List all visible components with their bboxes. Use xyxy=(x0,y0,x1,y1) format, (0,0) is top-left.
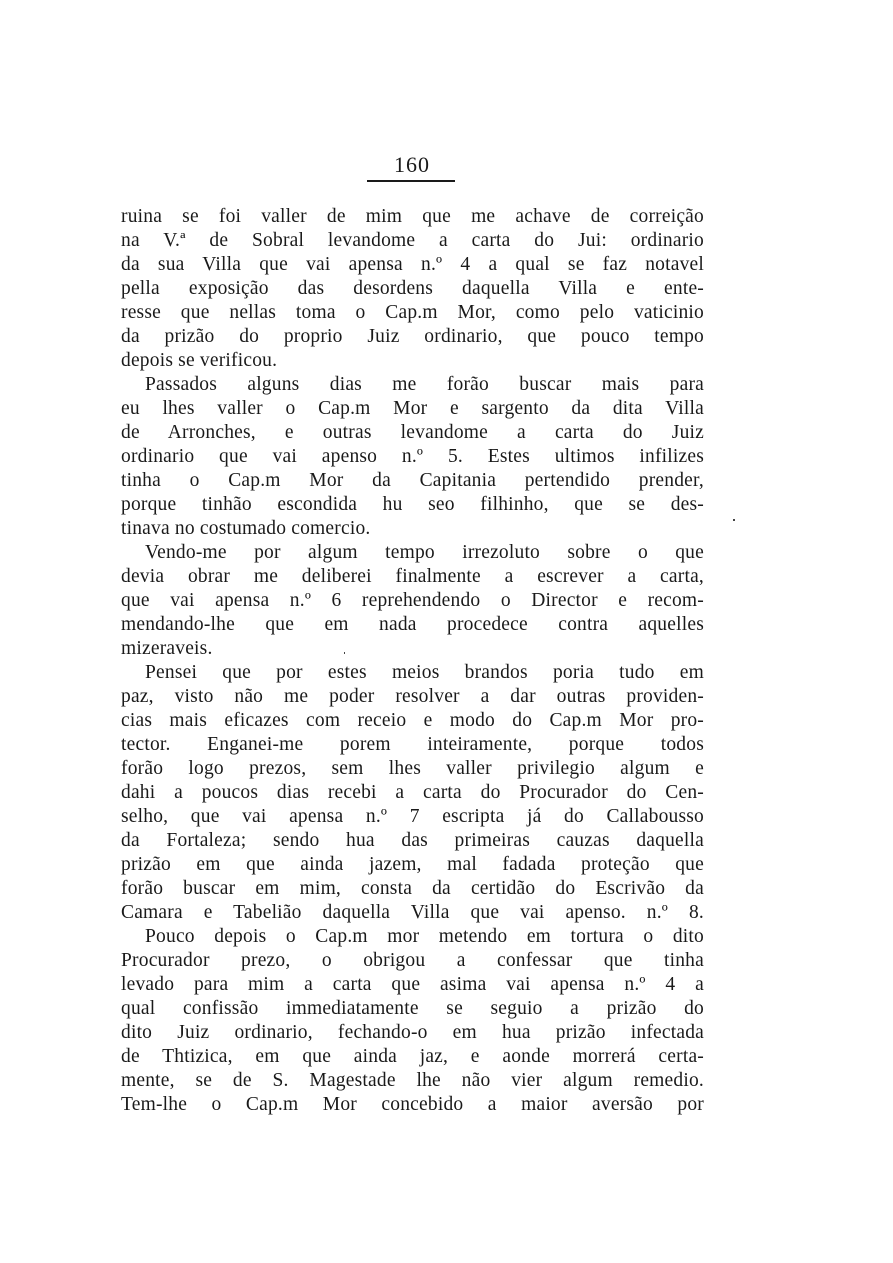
text-line: mendando-lhe que em nada procedece contr… xyxy=(121,613,704,637)
page-number: 160 xyxy=(367,152,457,178)
text-line: qual confissão immediatamente se seguio … xyxy=(121,997,704,1021)
text-line: Procurador prezo, o obrigou a confessar … xyxy=(121,949,704,973)
text-line: da prizão do proprio Juiz ordinario, que… xyxy=(121,325,704,349)
text-line: devia obrar me deliberei finalmente a es… xyxy=(121,565,704,589)
text-line: da sua Villa que vai apensa n.º 4 a qual… xyxy=(121,253,704,277)
paragraph-5: Pouco depois o Cap.m mor metendo em tort… xyxy=(121,925,704,1117)
text-line: ruina se foi valler de mim que me achave… xyxy=(121,205,704,229)
text-line: na V.ª de Sobral levandome a carta do Ju… xyxy=(121,229,704,253)
paragraph-3: Vendo-me por algum tempo irrezoluto sobr… xyxy=(121,541,704,661)
text-line: prizão em que ainda jazem, mal fadada pr… xyxy=(121,853,704,877)
text-line: de Arronches, e outras levandome a carta… xyxy=(121,421,704,445)
text-line: eu lhes valler o Cap.m Mor e sargento da… xyxy=(121,397,704,421)
paragraph-2: Passados alguns dias me forão buscar mai… xyxy=(121,373,704,541)
text-line: cias mais eficazes com receio e modo do … xyxy=(121,709,704,733)
text-line: selho, que vai apensa n.º 7 escripta já … xyxy=(121,805,704,829)
text-line: que vai apensa n.º 6 reprehendendo o Dir… xyxy=(121,589,704,613)
paragraph-1: ruina se foi valler de mim que me achave… xyxy=(121,205,704,373)
text-line: da Fortaleza; sendo hua das primeiras ca… xyxy=(121,829,704,853)
text-line: forão logo prezos, sem lhes valler privi… xyxy=(121,757,704,781)
text-line: Pensei que por estes meios brandos poria… xyxy=(121,661,704,685)
page-number-rule xyxy=(367,180,455,182)
text-line: mente, se de S. Magestade lhe não vier a… xyxy=(121,1069,704,1093)
text-line: tector. Enganei-me porem inteiramente, p… xyxy=(121,733,704,757)
text-line: Passados alguns dias me forão buscar mai… xyxy=(121,373,704,397)
text-line: levado para mim a carta que asima vai ap… xyxy=(121,973,704,997)
text-line: Vendo-me por algum tempo irrezoluto sobr… xyxy=(121,541,704,565)
text-line: dahi a poucos dias recebi a carta do Pro… xyxy=(121,781,704,805)
scan-speck xyxy=(344,652,345,654)
text-line: Tem-lhe o Cap.m Mor concebido a maior av… xyxy=(121,1093,704,1117)
text-line: porque tinhão escondida hu seo filhinho,… xyxy=(121,493,704,517)
text-line: de Thtizica, em que ainda jaz, e aonde m… xyxy=(121,1045,704,1069)
text-line: tinha o Cap.m Mor da Capitania pertendid… xyxy=(121,469,704,493)
text-line: resse que nellas toma o Cap.m Mor, como … xyxy=(121,301,704,325)
text-line: mizeraveis. xyxy=(121,637,704,661)
text-line: paz, visto não me poder resolver a dar o… xyxy=(121,685,704,709)
text-line: Pouco depois o Cap.m mor metendo em tort… xyxy=(121,925,704,949)
text-line: dito Juiz ordinario, fechando-o em hua p… xyxy=(121,1021,704,1045)
text-line: pella exposição das desordens daquella V… xyxy=(121,277,704,301)
paragraph-4: Pensei que por estes meios brandos poria… xyxy=(121,661,704,925)
scan-speck xyxy=(733,519,735,521)
text-line: ordinario que vai apenso n.º 5. Estes ul… xyxy=(121,445,704,469)
text-line: forão buscar em mim, consta da certidão … xyxy=(121,877,704,901)
text-line: Camara e Tabelião daquella Villa que vai… xyxy=(121,901,704,925)
body-text: ruina se foi valler de mim que me achave… xyxy=(121,205,704,1117)
text-line: depois se verificou. xyxy=(121,349,704,373)
text-line: tinava no costumado comercio. xyxy=(121,517,704,541)
